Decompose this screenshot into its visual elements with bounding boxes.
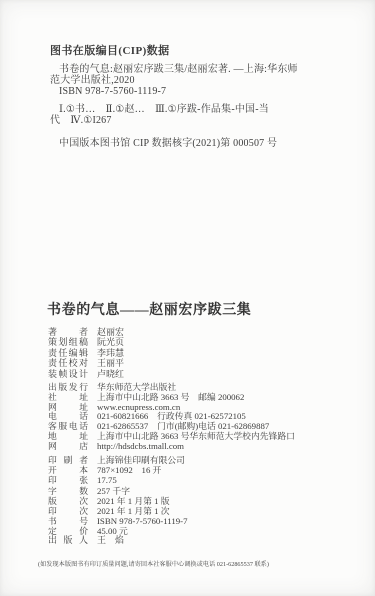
book-title: 书卷的气息——赵丽宏序跋三集 (47, 299, 251, 319)
cip-description-line1: 书卷的气息:赵丽宏序跋三集/赵丽宏著. —上海:华东师 (50, 65, 345, 76)
credit-row: 责任编辑 李玮慧 (48, 348, 124, 358)
printing-value: 上海锦佳印刷有限公司 (97, 455, 185, 465)
printing-label: 印张 (48, 475, 88, 485)
cip-isbn: ISBN 978-7-5760-1119-7 (50, 87, 345, 98)
printing-label: 字数 (48, 486, 88, 496)
printing-label: 书号 (48, 516, 88, 526)
credit-value: 阮光页 (97, 337, 124, 347)
credit-row: 策划组稿 阮光页 (48, 337, 124, 347)
cip-description-line2: 范大学出版社,2020 (50, 76, 345, 87)
credit-row: 著者 赵丽宏 (48, 327, 124, 337)
printing-label: 印次 (48, 506, 88, 516)
printing-row: 印张 17.75 (48, 475, 188, 485)
printing-value: 787×1092 16 开 (97, 465, 161, 475)
printing-label: 开本 (48, 465, 88, 475)
credit-row: 装帧设计 卢晓红 (48, 369, 124, 379)
publisher-person-value: 王 焰 (97, 535, 124, 546)
publisher-row: 网店 http://hdsdcbs.tmall.com (48, 442, 295, 452)
credit-value: 李玮慧 (97, 348, 124, 358)
cip-record-number: 中国版本图书馆 CIP 数据核字(2021)第 000507 号 (50, 139, 345, 150)
credit-label: 策划组稿 (48, 337, 88, 347)
publisher-person-label: 出版人 (48, 535, 88, 546)
printing-label: 印刷者 (48, 455, 88, 465)
printing-block: 印刷者 上海锦佳印刷有限公司 开本 787×1092 16 开 印张 17.75… (48, 455, 188, 537)
printing-label: 版次 (48, 496, 88, 506)
credit-value: 卢晓红 (97, 369, 124, 379)
printing-row: 字数 257 千字 (48, 486, 188, 496)
printing-value: 2021 年 1 月第 1 次 (97, 506, 170, 516)
printing-value: 257 千字 (97, 486, 130, 496)
credit-row: 责任校对 王丽平 (48, 358, 124, 368)
printing-value: 2021 年 1 月第 1 版 (97, 496, 170, 506)
printing-value: ISBN 978-7-5760-1119-7 (97, 516, 188, 526)
quality-footnote: (如发现本版图书有印订质量问题,请寄回本社客服中心调换或电话 021-62865… (38, 561, 360, 568)
cip-header: 图书在版编目(CIP)数据 (50, 46, 345, 57)
book-copyright-page: 图书在版编目(CIP)数据 书卷的气息:赵丽宏序跋三集/赵丽宏著. —上海:华东… (0, 0, 375, 596)
printing-row: 开本 787×1092 16 开 (48, 465, 188, 475)
credit-label: 责任编辑 (48, 348, 88, 358)
cip-block: 图书在版编目(CIP)数据 书卷的气息:赵丽宏序跋三集/赵丽宏著. —上海:华东… (50, 46, 345, 150)
credit-value: 王丽平 (97, 358, 124, 368)
publisher-value: http://hdsdcbs.tmall.com (97, 442, 184, 452)
credit-label: 责任校对 (48, 358, 88, 368)
printing-row: 书号 ISBN 978-7-5760-1119-7 (48, 516, 188, 526)
credits-block: 著者 赵丽宏 策划组稿 阮光页 责任编辑 李玮慧 责任校对 王丽平 装帧设计 卢… (48, 327, 124, 379)
publisher-person-row: 出版人 王 焰 (48, 535, 124, 546)
cip-classification-line2: 代 Ⅳ.①I267 (50, 116, 345, 127)
credit-label: 装帧设计 (48, 369, 88, 379)
publisher-block: 出版发行 华东师范大学出版社 社址 上海市中山北路 3663 号 邮编 2000… (48, 383, 295, 452)
credit-value: 赵丽宏 (97, 327, 124, 337)
printing-row: 印次 2021 年 1 月第 1 次 (48, 506, 188, 516)
credit-label: 著者 (48, 327, 88, 337)
printing-row: 印刷者 上海锦佳印刷有限公司 (48, 455, 188, 465)
printing-value: 17.75 (97, 475, 117, 485)
printing-row: 版次 2021 年 1 月第 1 版 (48, 496, 188, 506)
publisher-label: 网店 (48, 442, 88, 452)
